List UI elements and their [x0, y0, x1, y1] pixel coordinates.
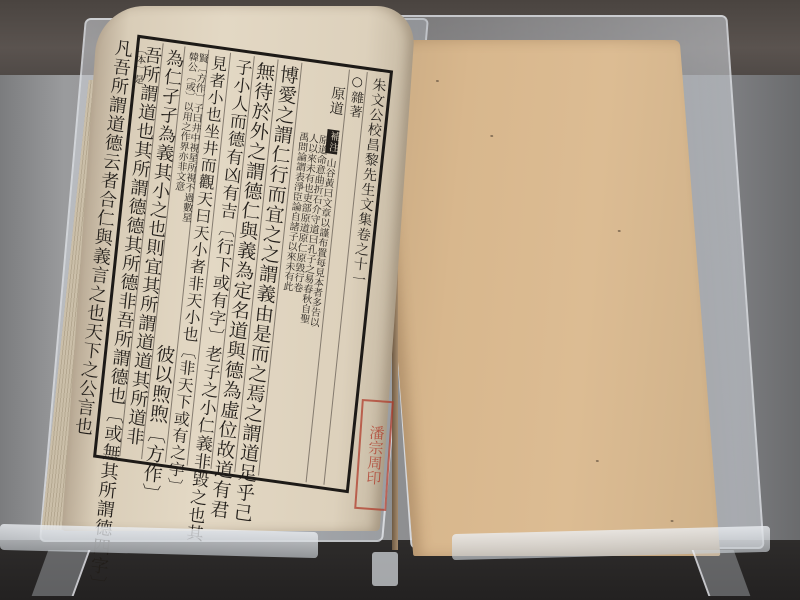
chapter-title: 原道: [327, 85, 346, 117]
print-border-frame: 朱文公校昌黎先生文集卷之十一 ○雜著 原道 補注 山谷黃曰文章以謹布置每見本者多…: [93, 35, 393, 494]
paper-speck: [596, 460, 599, 462]
acrylic-spine-clip: [372, 552, 398, 586]
paper-speck: [436, 80, 439, 82]
right-blank-page: [373, 40, 721, 556]
paper-speck: [490, 135, 493, 137]
paper-speck: [618, 230, 621, 232]
paper-speck: [670, 520, 673, 522]
printed-text-block: 朱文公校昌黎先生文集卷之十一 ○雜著 原道 補注 山谷黃曰文章以謹布置每見本者多…: [92, 35, 403, 505]
